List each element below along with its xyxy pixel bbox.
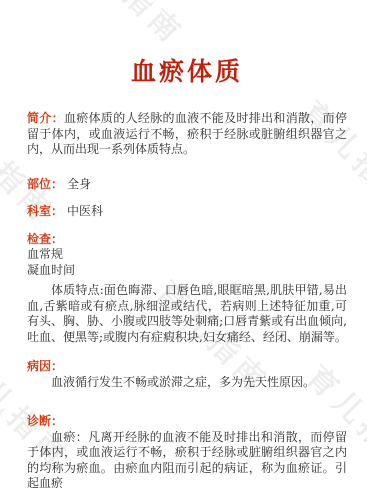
department-label: 科室： bbox=[27, 204, 63, 218]
location-label: 部位： bbox=[27, 177, 63, 191]
page-title: 血瘀体质 bbox=[27, 58, 347, 86]
diagnosis-label: 诊断： bbox=[27, 414, 347, 430]
cause-text: 血液循行发生不畅或淤滞之症，多为先天性原因。 bbox=[27, 375, 347, 391]
diagnosis-text: 血瘀：凡离开经脉的血液不能及时排出和消散，而停留于体内，或血液运行不畅，瘀积于经… bbox=[27, 430, 347, 492]
intro-text: 血瘀体质的人经脉的血液不能及时排出和消散，而停留于体内，或血液运行不畅，瘀积于经… bbox=[27, 111, 347, 156]
document-content: 血瘀体质 简介：血瘀体质的人经脉的血液不能及时排出和消散，而停留于体内，或血液运… bbox=[0, 0, 367, 492]
intro-paragraph: 简介：血瘀体质的人经脉的血液不能及时排出和消散，而停留于体内，或血液运行不畅，瘀… bbox=[27, 111, 347, 158]
intro-label: 简介： bbox=[27, 111, 64, 125]
checks-label: 检查： bbox=[27, 232, 347, 248]
cause-label: 病因： bbox=[27, 359, 347, 375]
check-item: 血常规 bbox=[27, 247, 347, 263]
features-paragraph: 体质特点:面色晦滞、口唇色暗,眼眶暗黑,肌肤甲错,易出血,舌紫暗或有瘀点,脉细涩… bbox=[27, 283, 347, 345]
check-item: 凝血时间 bbox=[27, 263, 347, 279]
department-value: 中医科 bbox=[67, 204, 103, 218]
department-row: 科室：中医科 bbox=[27, 204, 347, 220]
location-value: 全身 bbox=[67, 177, 91, 191]
diagnosis-section: 诊断： 血瘀：凡离开经脉的血液不能及时排出和消散，而停留于体内，或血液运行不畅，… bbox=[27, 414, 347, 492]
cause-section: 病因： 血液循行发生不畅或淤滞之症，多为先天性原因。 bbox=[27, 359, 347, 390]
checks-section: 检查： 血常规 凝血时间 bbox=[27, 232, 347, 279]
document-page: 育儿指南 育儿指南 育儿指南 育儿指南 育儿指南 育儿指南 血瘀体质 简介：血瘀… bbox=[0, 0, 367, 500]
location-row: 部位：全身 bbox=[27, 177, 347, 193]
